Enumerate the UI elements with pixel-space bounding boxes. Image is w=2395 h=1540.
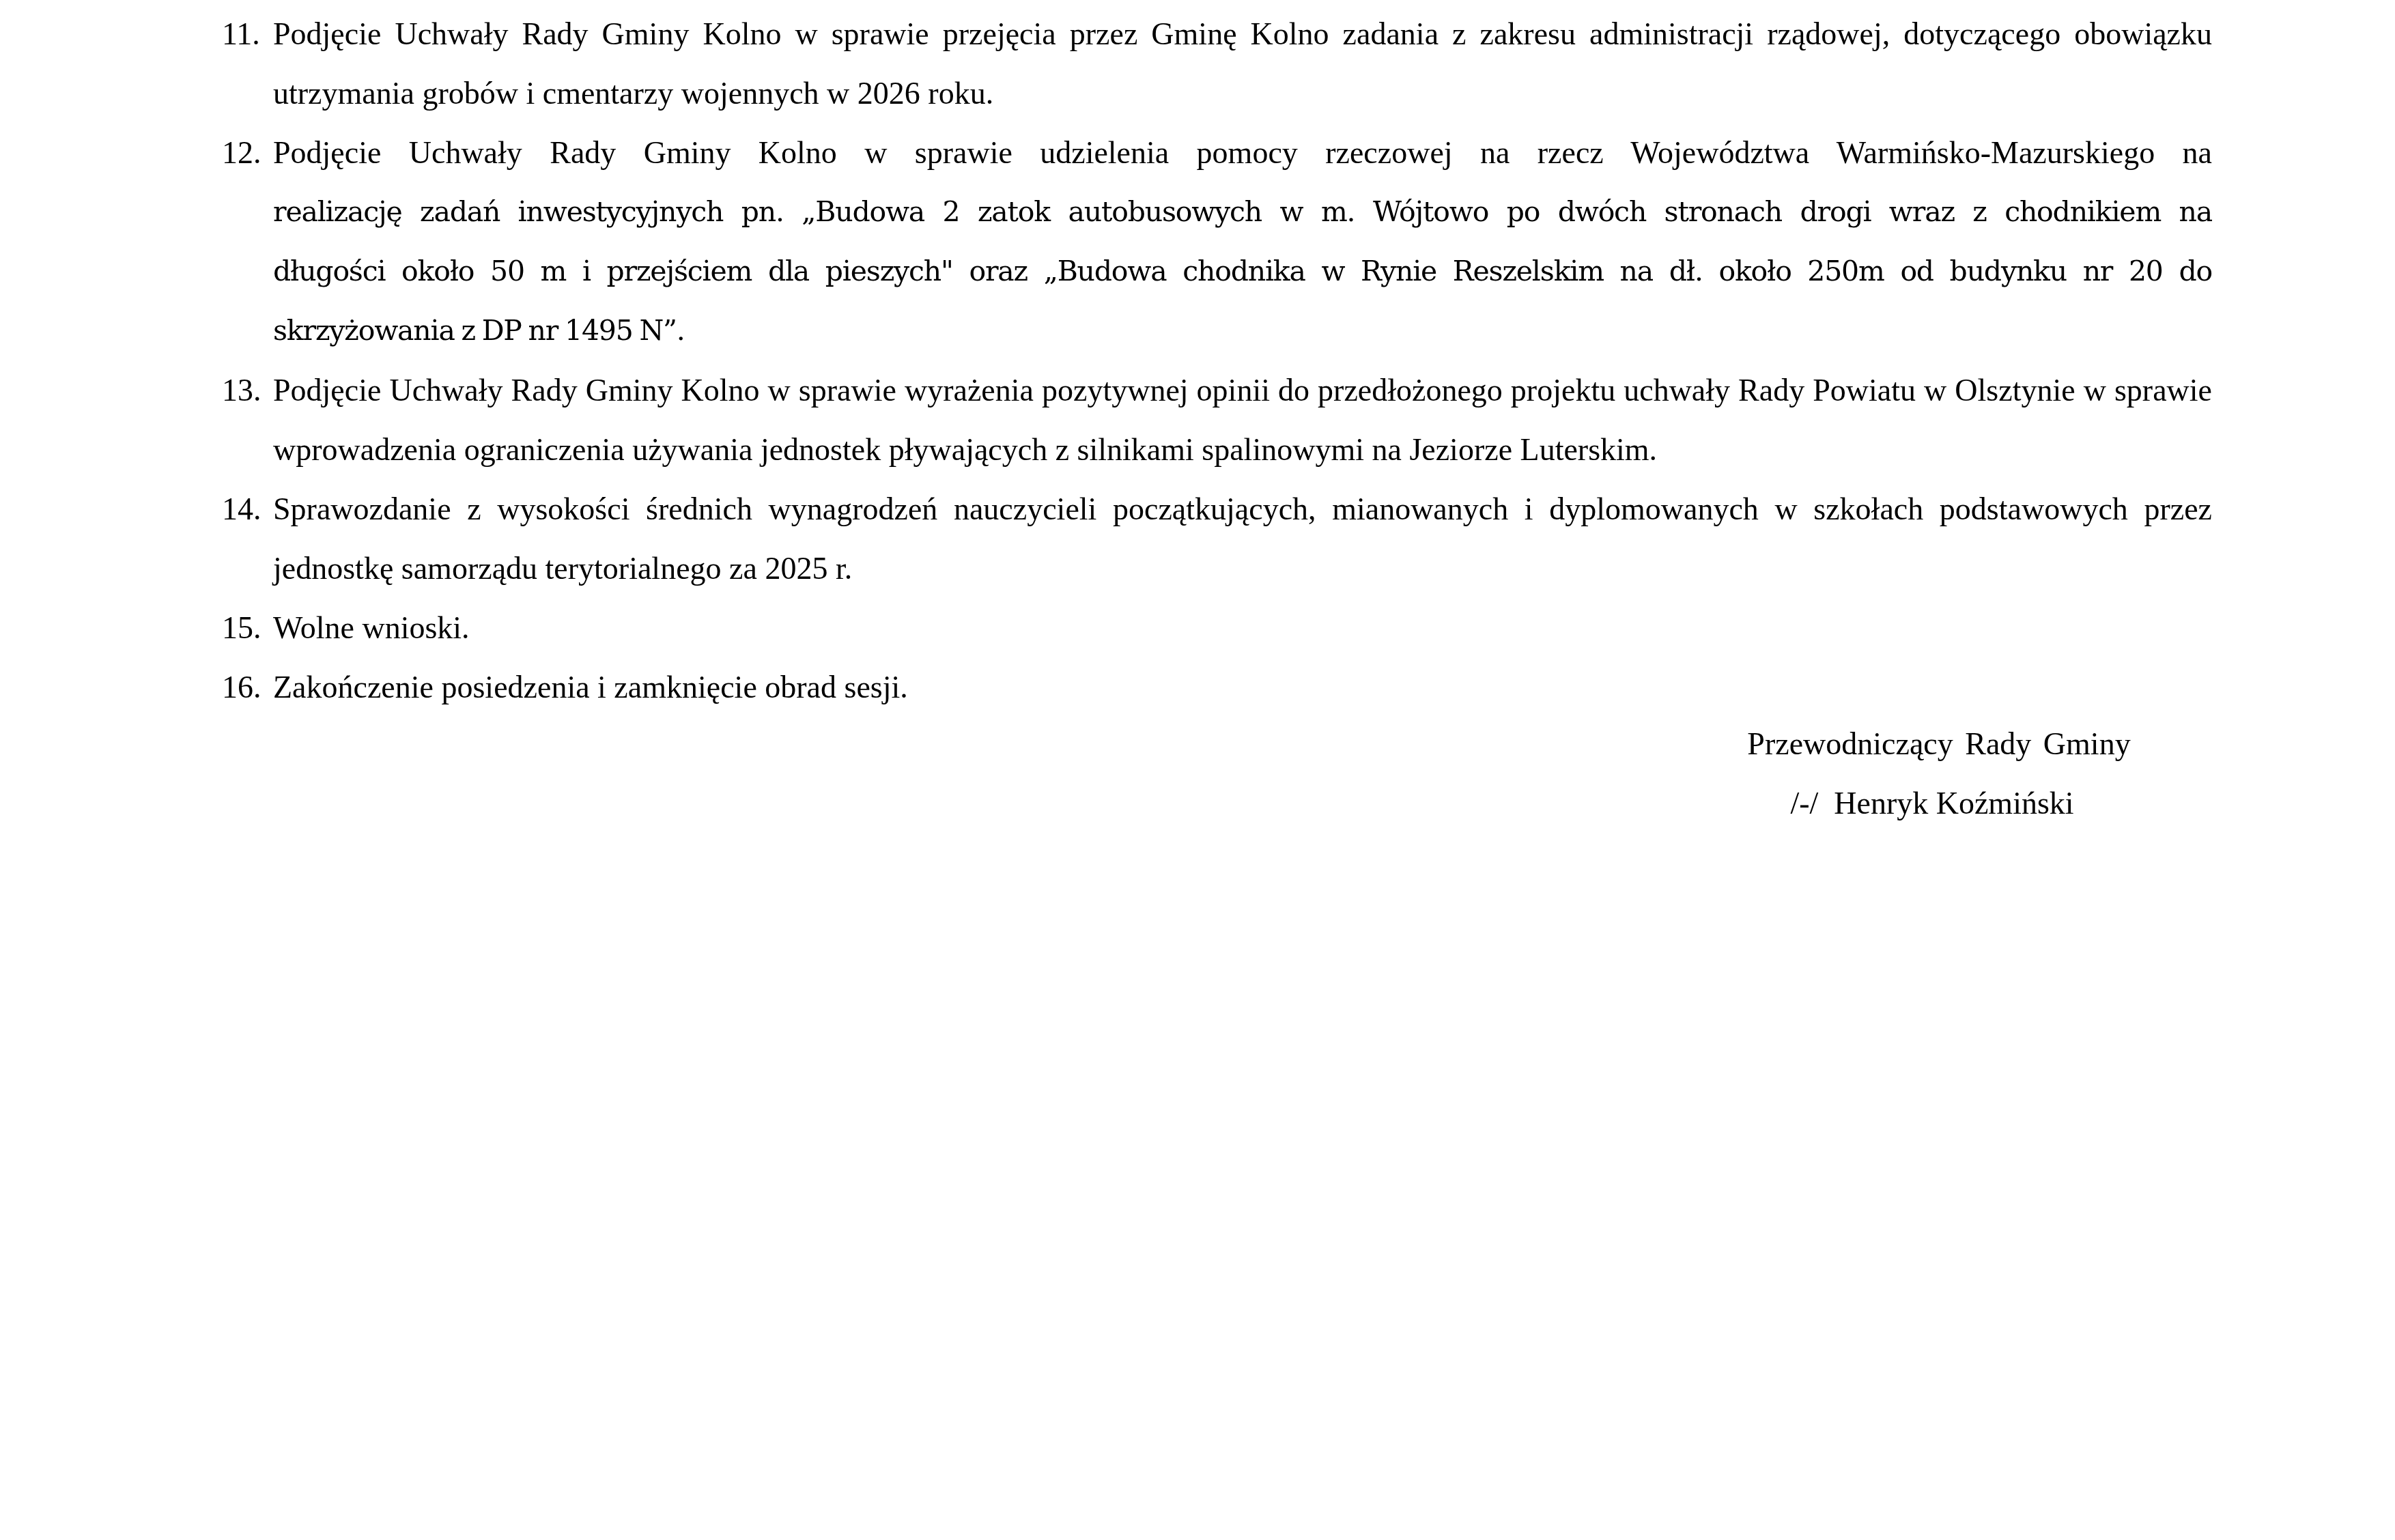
document-page: 11. Podjęcie Uchwały Rady Gminy Kolno w … [0,0,2395,1540]
agenda-list: 11. Podjęcie Uchwały Rady Gminy Kolno w … [222,4,2212,717]
signature-block: Przewodniczący Rady Gminy /-/ Henryk Koź… [1666,714,2212,833]
agenda-item-13: 13. Podjęcie Uchwały Rady Gminy Kolno w … [222,360,2212,479]
item-text: Podjęcie Uchwały Rady Gminy Kolno w spra… [273,360,2212,479]
agenda-item-11: 11. Podjęcie Uchwały Rady Gminy Kolno w … [222,4,2212,123]
item-number: 13. [222,360,273,420]
signature-role: Przewodniczący Rady Gminy [1666,714,2212,773]
item-text: Wolne wnioski. [273,598,2212,657]
item-text-line: długości około 50 m i przejściem dla pie… [273,242,2212,301]
item-text: Sprawozdanie z wysokości średnich wynagr… [273,479,2212,598]
item-text: Zakończenie posiedzenia i zamknięcie obr… [273,657,2212,717]
item-number: 14. [222,479,273,539]
item-text-line: skrzyżowania z DP nr 1495 N”. [273,301,2212,360]
item-number: 15. [222,598,273,657]
agenda-item-15: 15. Wolne wnioski. [222,598,2212,657]
agenda-item-14: 14. Sprawozdanie z wysokości średnich wy… [222,479,2212,598]
item-text: Podjęcie Uchwały Rady Gminy Kolno w spra… [273,123,2212,360]
item-number: 11. [222,4,273,63]
agenda-item-16: 16. Zakończenie posiedzenia i zamknięcie… [222,657,2212,717]
item-text-line: realizację zadań inwestycyjnych pn. „Bud… [273,182,2212,242]
item-number: 12. [222,123,273,182]
agenda-item-12: 12. Podjęcie Uchwały Rady Gminy Kolno w … [222,123,2212,360]
signature-name: /-/ Henryk Koźmiński [1652,773,2212,833]
item-text: Podjęcie Uchwały Rady Gminy Kolno w spra… [273,4,2212,123]
item-number: 16. [222,657,273,717]
item-text-line: Podjęcie Uchwały Rady Gminy Kolno w spra… [273,123,2212,182]
